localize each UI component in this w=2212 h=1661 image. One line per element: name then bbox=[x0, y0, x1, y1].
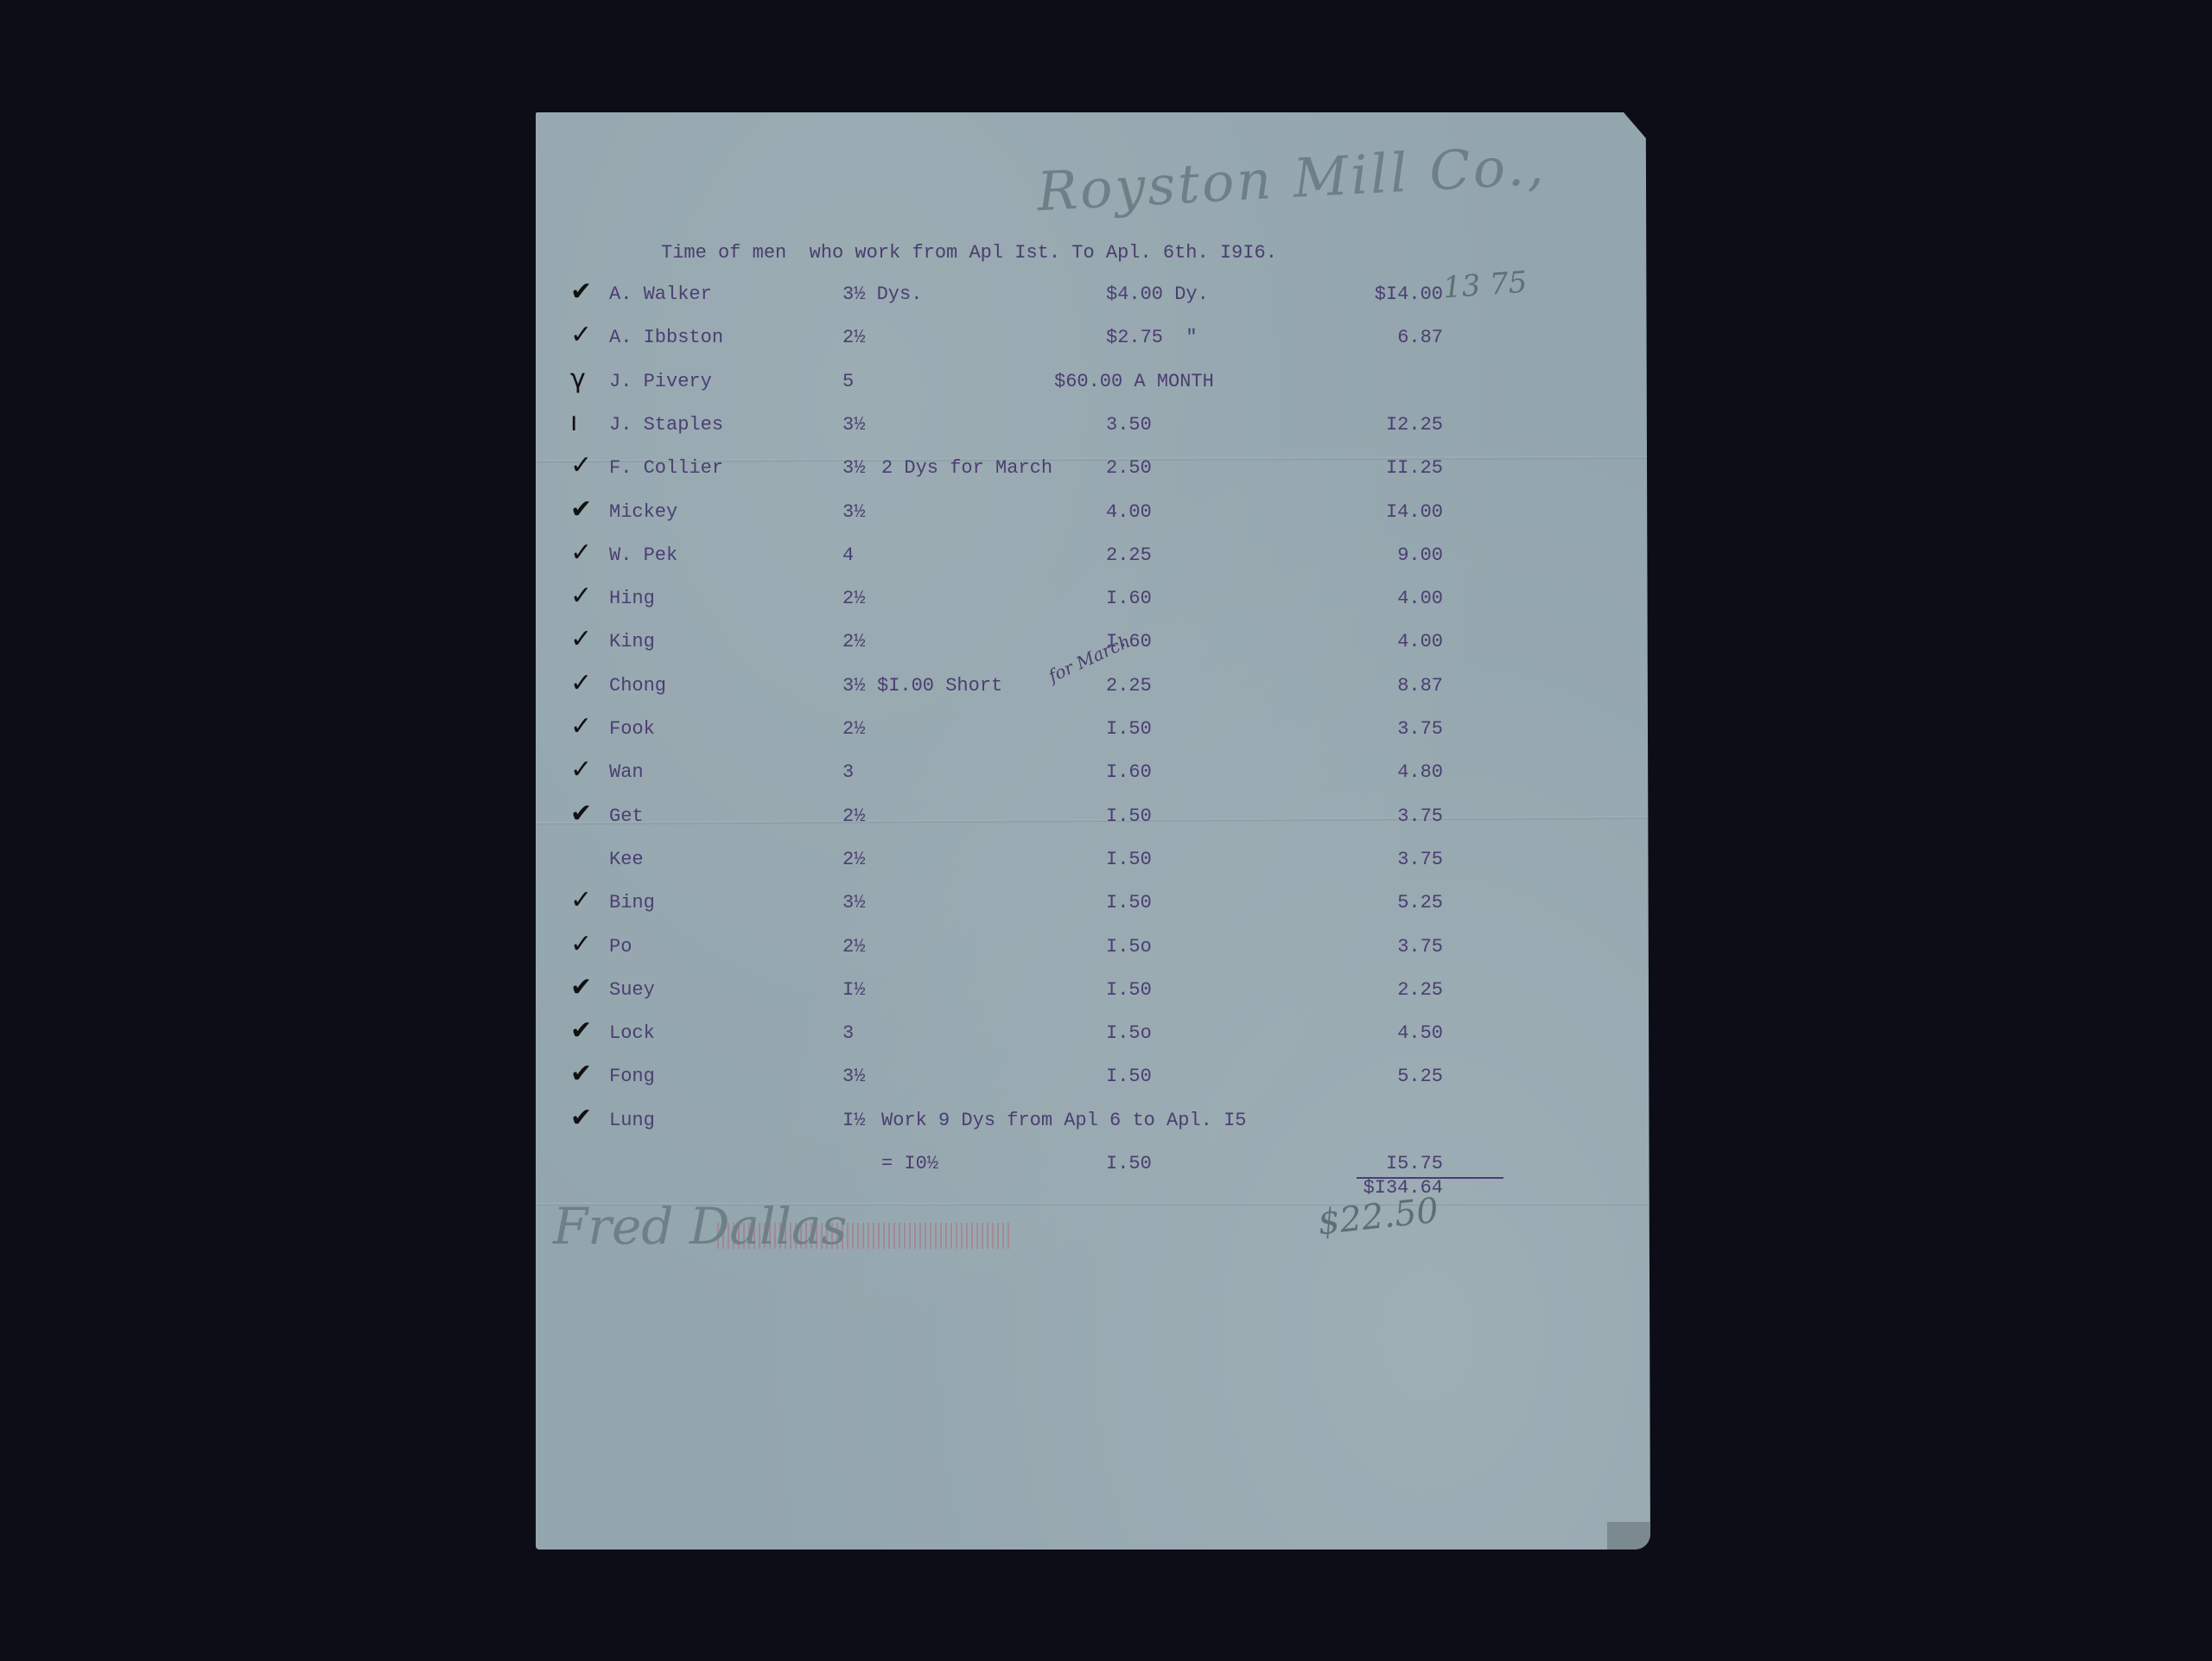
table-row: ✔Lock3I.5o4.50 bbox=[536, 1022, 1650, 1057]
row-rate: I.60 bbox=[1106, 761, 1152, 783]
row-days: 2½ bbox=[842, 631, 865, 652]
checkmark-icon: ✓ bbox=[570, 624, 592, 654]
checkmark-icon: ı bbox=[570, 407, 577, 437]
row-name: Lung bbox=[609, 1110, 655, 1131]
row-days: 2½ bbox=[842, 327, 865, 348]
row-name: Po bbox=[609, 936, 632, 958]
row-amount: I2.25 bbox=[1386, 414, 1443, 436]
table-row: = I0½I.50I5.75 bbox=[536, 1153, 1650, 1187]
row-name: King bbox=[609, 631, 655, 652]
collier-margin-note: 13 75 bbox=[1442, 265, 1529, 306]
row-days: 2½ bbox=[842, 936, 865, 958]
table-row: ✓A. Ibbston2½$2.75 "6.87 bbox=[536, 327, 1650, 361]
row-name: Get bbox=[609, 805, 644, 827]
row-days: 3½ bbox=[842, 457, 865, 479]
row-name: Bing bbox=[609, 892, 655, 913]
row-rate: I.50 bbox=[1106, 718, 1152, 740]
row-rate: I.5o bbox=[1106, 1022, 1152, 1044]
checkmark-icon: ✔ bbox=[570, 1059, 592, 1089]
row-name: J. Pivery bbox=[609, 371, 712, 392]
row-amount: 4.00 bbox=[1397, 588, 1443, 609]
row-rate: $60.00 A MONTH bbox=[1054, 371, 1214, 392]
checkmark-icon: ✔ bbox=[570, 1103, 592, 1133]
row-days: 3½ bbox=[842, 892, 865, 913]
row-amount: 3.75 bbox=[1397, 849, 1443, 870]
checkmark-icon: ✓ bbox=[570, 538, 592, 568]
row-rate: I.60 bbox=[1106, 588, 1152, 609]
checkmark-icon: ✓ bbox=[570, 320, 592, 350]
row-name: W. Pek bbox=[609, 544, 677, 566]
row-days: 3½ Dys. bbox=[842, 283, 922, 305]
row-days: 4 bbox=[842, 544, 854, 566]
row-name: Kee bbox=[609, 849, 644, 870]
checkmark-icon: ✓ bbox=[570, 450, 592, 480]
row-rate: I.50 bbox=[1106, 1066, 1152, 1087]
row-amount: 3.75 bbox=[1397, 718, 1443, 740]
checkmark-icon: ✔ bbox=[570, 972, 592, 1002]
row-note: $I.00 Short bbox=[877, 675, 1002, 697]
row-name: J. Staples bbox=[609, 414, 723, 436]
table-row: ıJ. Staples3½3.50I2.25 bbox=[536, 414, 1650, 449]
paper-curl bbox=[1607, 1522, 1650, 1550]
checkmark-icon: ✔ bbox=[570, 494, 592, 525]
row-name: Fook bbox=[609, 718, 655, 740]
row-rate: $4.00 Dy. bbox=[1106, 283, 1209, 305]
row-name: Mickey bbox=[609, 501, 677, 523]
checkmark-icon: ✓ bbox=[570, 885, 592, 915]
row-name: A. Ibbston bbox=[609, 327, 723, 348]
table-row: ✔Mickey3½4.00I4.00 bbox=[536, 501, 1650, 536]
table-row: ✔Fong3½I.505.25 bbox=[536, 1066, 1650, 1100]
table-row: ✔LungI½Work 9 Dys from Apl 6 to Apl. I5 bbox=[536, 1110, 1650, 1144]
row-days: 3½ bbox=[842, 414, 865, 436]
row-rate: I.50 bbox=[1106, 805, 1152, 827]
signature: Fred Dallas bbox=[553, 1197, 1028, 1257]
row-rate: I.50 bbox=[1106, 1153, 1152, 1174]
row-amount: 2.25 bbox=[1397, 979, 1443, 1001]
row-amount: 4.00 bbox=[1397, 631, 1443, 652]
table-row: ✔Get2½I.503.75 bbox=[536, 805, 1650, 840]
checkmark-icon: ✔ bbox=[570, 277, 592, 307]
row-amount: 3.75 bbox=[1397, 805, 1443, 827]
row-name: Wan bbox=[609, 761, 644, 783]
document-paper: Royston Mill Co., Time of men who work f… bbox=[536, 112, 1650, 1550]
row-days: 2½ bbox=[842, 718, 865, 740]
row-amount: I4.00 bbox=[1386, 501, 1443, 523]
row-days: 3 bbox=[842, 761, 854, 783]
row-rate: 2.50 bbox=[1106, 457, 1152, 479]
checkmark-icon: γ bbox=[570, 364, 586, 394]
row-name: Fong bbox=[609, 1066, 655, 1087]
row-amount: 6.87 bbox=[1397, 327, 1443, 348]
row-note: = I0½ bbox=[881, 1153, 938, 1174]
table-row: ✓F. Collier3½2 Dys for March2.50II.25 bbox=[536, 457, 1650, 492]
row-amount: 4.80 bbox=[1397, 761, 1443, 783]
row-days: 2½ bbox=[842, 805, 865, 827]
company-name-handwritten: Royston Mill Co., bbox=[1035, 134, 1548, 224]
row-rate: $2.75 " bbox=[1106, 327, 1198, 348]
row-rate: 4.00 bbox=[1106, 501, 1152, 523]
row-amount: 5.25 bbox=[1397, 892, 1443, 913]
checkmark-icon: ✔ bbox=[570, 1015, 592, 1046]
table-row: ✓Bing3½I.505.25 bbox=[536, 892, 1650, 926]
row-rate: I.50 bbox=[1106, 979, 1152, 1001]
row-rate: I.50 bbox=[1106, 892, 1152, 913]
table-row: γJ. Pivery5$60.00 A MONTH bbox=[536, 371, 1650, 405]
table-row: ✔SueyI½I.502.25 bbox=[536, 979, 1650, 1014]
row-name: Chong bbox=[609, 675, 666, 697]
table-row: ✓Chong3½$I.00 Short2.258.87 bbox=[536, 675, 1650, 710]
checkmark-icon: ✓ bbox=[570, 754, 592, 785]
row-name: Lock bbox=[609, 1022, 655, 1044]
row-name: F. Collier bbox=[609, 457, 723, 479]
row-amount: 5.25 bbox=[1397, 1066, 1443, 1087]
row-amount: 8.87 bbox=[1397, 675, 1443, 697]
row-amount: II.25 bbox=[1386, 457, 1443, 479]
row-name: A. Walker bbox=[609, 283, 712, 305]
row-rate: I.5o bbox=[1106, 936, 1152, 958]
table-row: ✓Fook2½I.503.75 bbox=[536, 718, 1650, 753]
table-row: ✓Hing2½I.604.00 bbox=[536, 588, 1650, 622]
row-name: Suey bbox=[609, 979, 655, 1001]
handwritten-total: $22.50 bbox=[1316, 1191, 1440, 1243]
document-title: Time of men who work from Apl Ist. To Ap… bbox=[661, 242, 1277, 264]
checkmark-icon: ✓ bbox=[570, 929, 592, 959]
row-rate: 3.50 bbox=[1106, 414, 1152, 436]
checkmark-icon: ✓ bbox=[570, 581, 592, 611]
table-row: ✓W. Pek42.259.00 bbox=[536, 544, 1650, 579]
row-amount: I5.75 bbox=[1386, 1153, 1443, 1174]
row-rate: 2.25 bbox=[1106, 675, 1152, 697]
checkmark-icon: ✔ bbox=[570, 799, 592, 829]
table-row: ✓Wan3I.604.80 bbox=[536, 761, 1650, 796]
row-days: 5 bbox=[842, 371, 854, 392]
row-days: I½ bbox=[842, 979, 865, 1001]
checkmark-icon: ✓ bbox=[570, 711, 592, 741]
row-days: 3½ bbox=[842, 1066, 865, 1087]
row-amount: 4.50 bbox=[1397, 1022, 1443, 1044]
row-note: Work 9 Dys from Apl 6 to Apl. I5 bbox=[881, 1110, 1246, 1131]
row-amount: 3.75 bbox=[1397, 936, 1443, 958]
row-days: 3½ bbox=[842, 501, 865, 523]
table-row: ✓Po2½I.5o3.75 bbox=[536, 936, 1650, 971]
row-rate: I.50 bbox=[1106, 849, 1152, 870]
checkmark-icon: ✓ bbox=[570, 668, 592, 698]
row-days: 2½ bbox=[842, 588, 865, 609]
row-days: 3½ bbox=[842, 675, 865, 697]
row-days: 3 bbox=[842, 1022, 854, 1044]
row-days: I½ bbox=[842, 1110, 865, 1131]
table-row: Kee2½I.503.75 bbox=[536, 849, 1650, 883]
row-amount: $I4.00 bbox=[1375, 283, 1443, 305]
row-note: 2 Dys for March bbox=[881, 457, 1052, 479]
row-amount: 9.00 bbox=[1397, 544, 1443, 566]
row-days: 2½ bbox=[842, 849, 865, 870]
row-name: Hing bbox=[609, 588, 655, 609]
row-rate: 2.25 bbox=[1106, 544, 1152, 566]
